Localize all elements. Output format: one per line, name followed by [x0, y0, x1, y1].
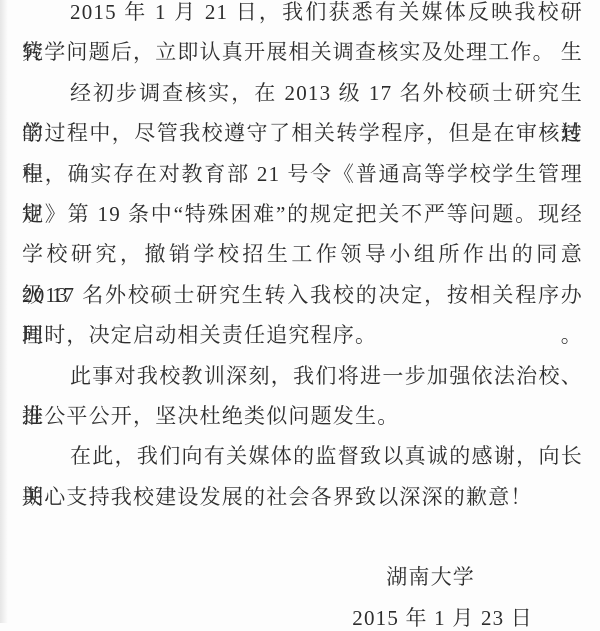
signature-line: 湖南大学: [22, 557, 583, 597]
text-line: 此事对我校教训深刻，我们将进一步加强依法治校、推: [22, 356, 583, 396]
text-line: 学校研究，撤销学校招生工作领导小组所作出的同意 2013: [22, 234, 583, 274]
statement-document: 2015 年 1 月 21 日，我们获悉有关媒体反映我校研究生转学问题后，立即认…: [0, 0, 600, 631]
text-line: 级 17 名外校硕士研究生转入我校的决定，按相关程序办理。: [22, 275, 583, 315]
text-line: 学过程中，尽管我校遵守了相关转学程序，但是在审核过程: [22, 113, 583, 153]
text-line: 转学问题后，立即认真开展相关调查核实及处理工作。: [22, 32, 583, 72]
text-line: 在此，我们向有关媒体的监督致以真诚的感谢，向长期: [22, 436, 583, 476]
text-line: 中，确实存在对教育部 21 号令《普通高等学校学生管理规: [22, 154, 583, 194]
text-line: 2015 年 1 月 21 日，我们获悉有关媒体反映我校研究生: [22, 0, 583, 32]
date-line: 2015 年 1 月 23 日: [22, 598, 583, 631]
paragraphs: 2015 年 1 月 21 日，我们获悉有关媒体反映我校研究生转学问题后，立即认…: [22, 0, 583, 517]
blank-line: [22, 517, 583, 557]
document-page: 2015 年 1 月 21 日，我们获悉有关媒体反映我校研究生转学问题后，立即认…: [0, 0, 600, 623]
text-line: 关心支持我校建设发展的社会各界致以深深的歉意！: [22, 477, 583, 517]
text-line: 定》第 19 条中“特殊困难”的规定把关不严等问题。现经: [22, 194, 583, 234]
text-line: 经初步调查核实，在 2013 级 17 名外校硕士研究生的转: [22, 73, 583, 113]
text-line: 进公平公开，坚决杜绝类似问题发生。: [22, 396, 583, 436]
